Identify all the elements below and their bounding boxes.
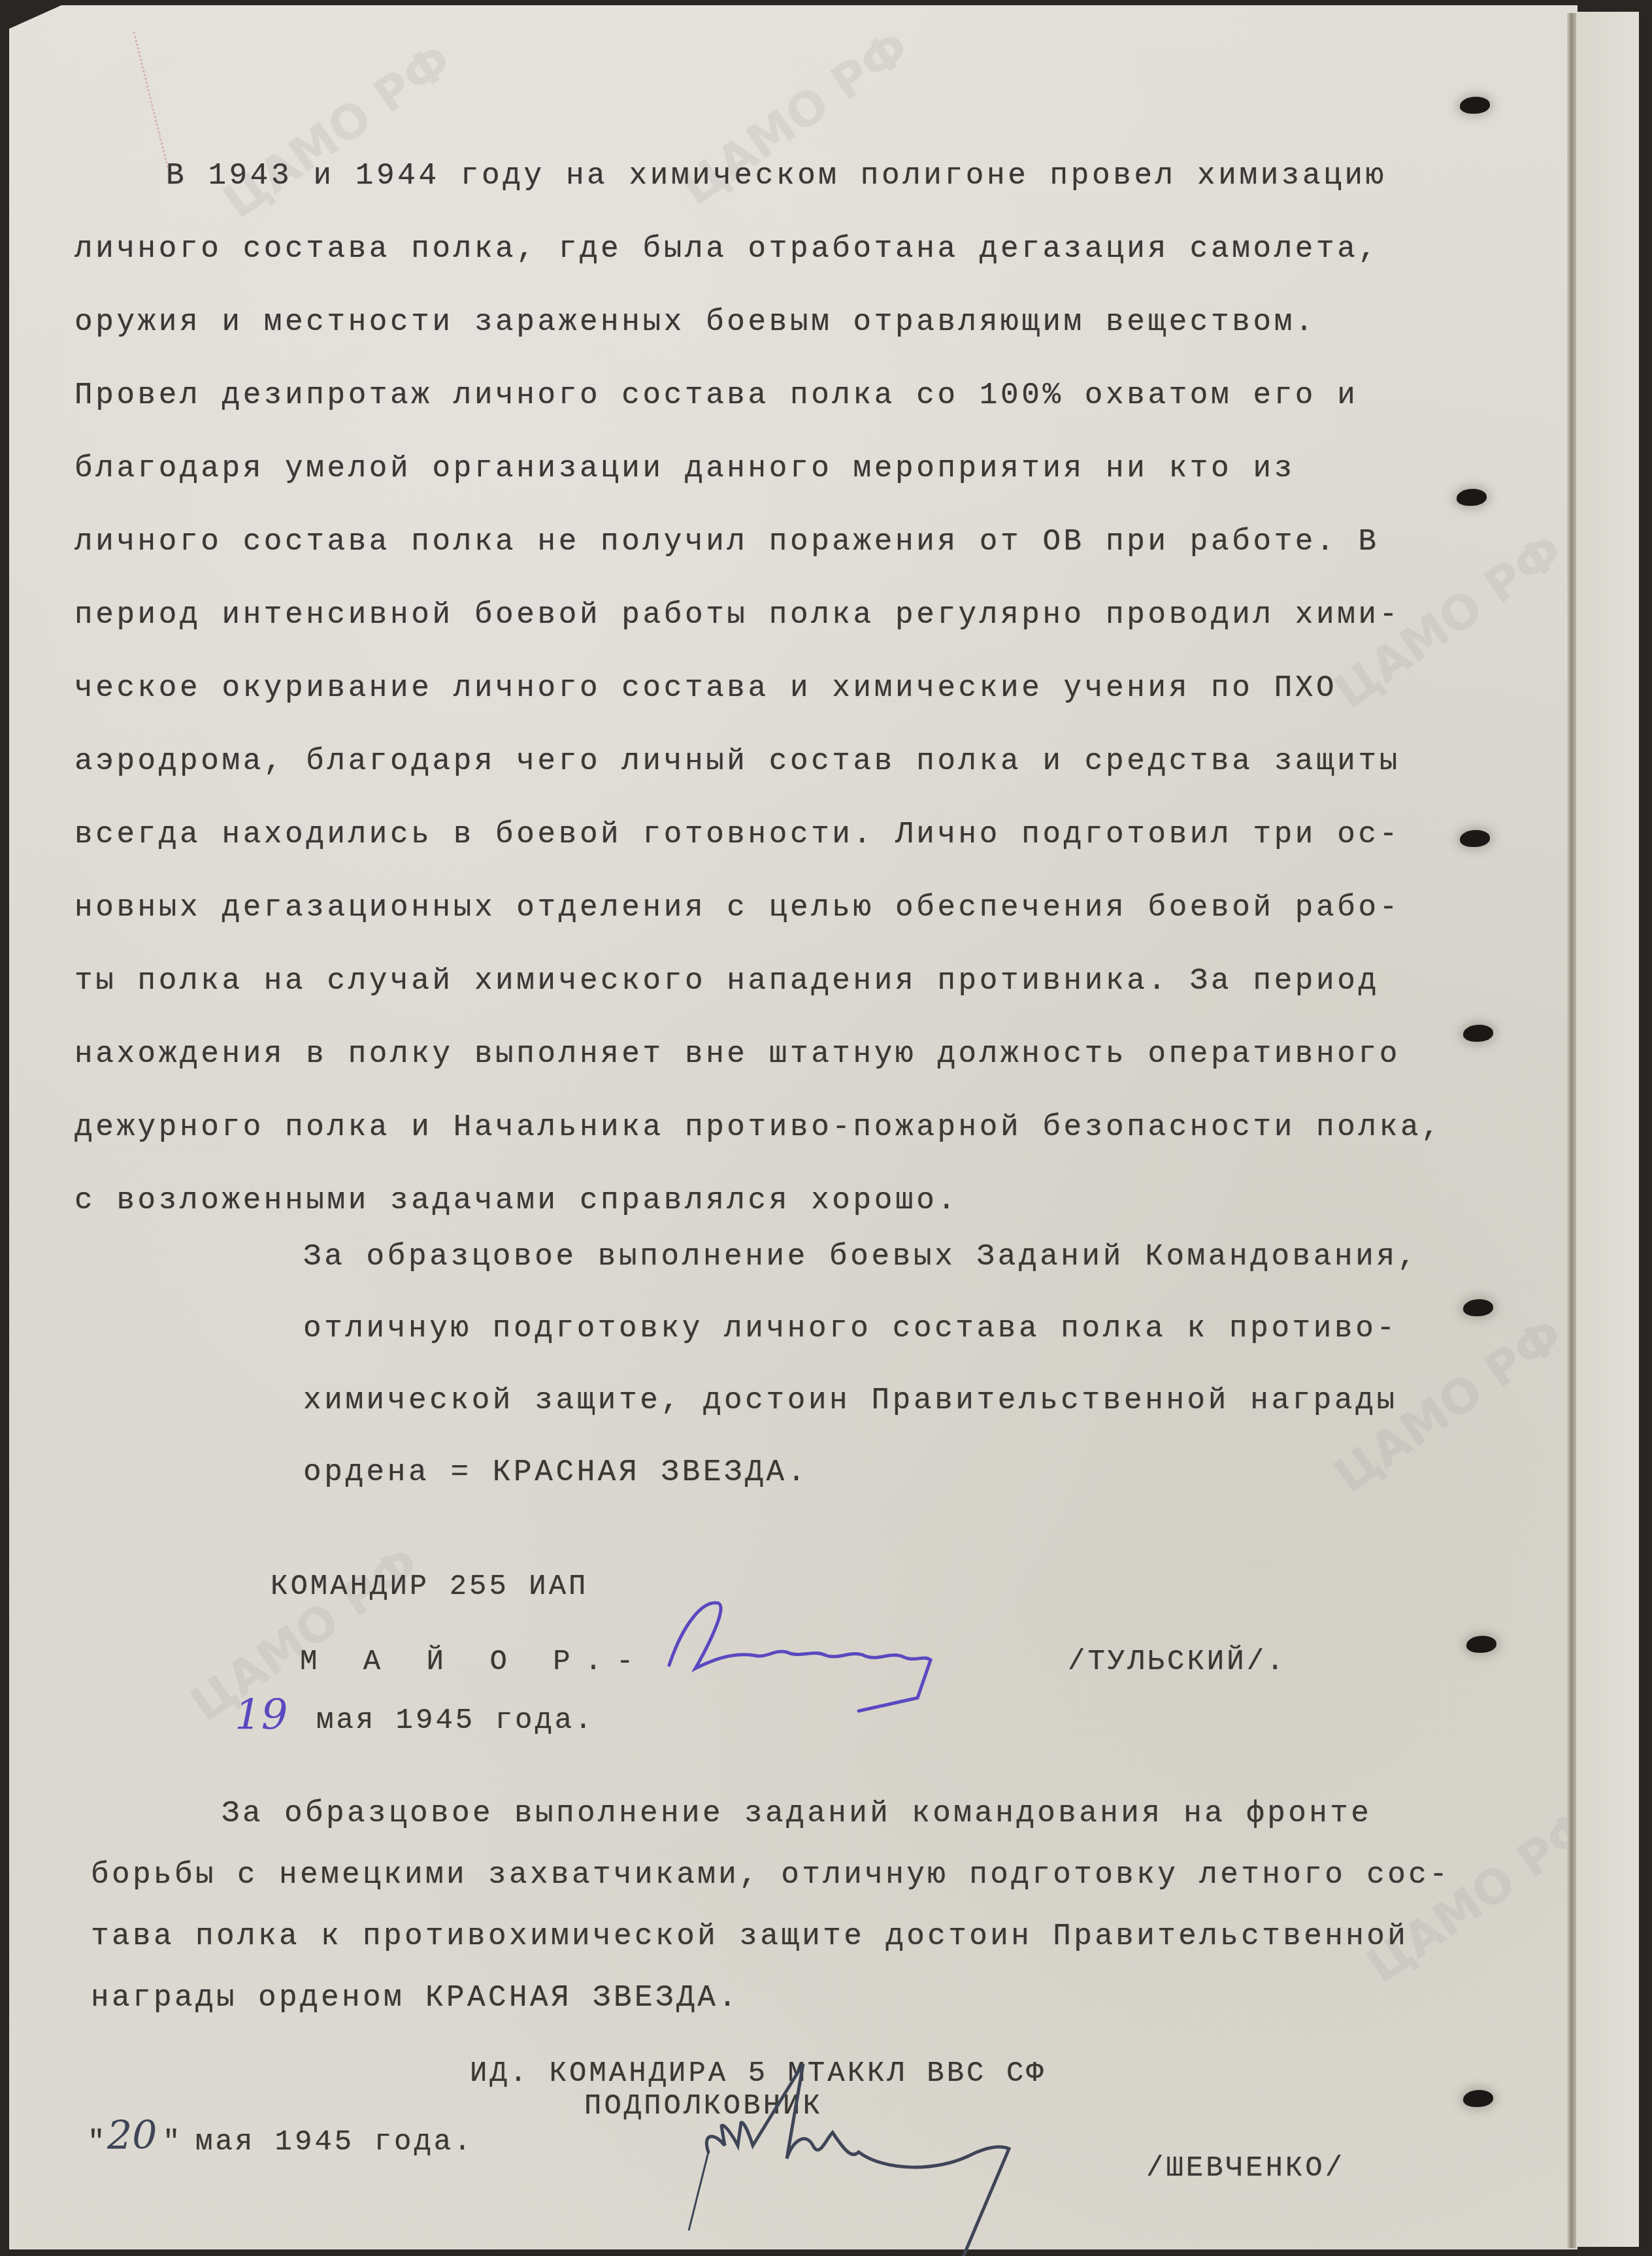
- binder-hole: [1463, 1299, 1493, 1316]
- folded-corner: [9, 5, 61, 29]
- commander-rank: М А Й О Р.-: [300, 1646, 648, 1678]
- binding-strip: [1576, 12, 1639, 2247]
- date-text: мая 1945 года.: [195, 2126, 474, 2159]
- text-line: благодаря умелой организации данного мер…: [74, 432, 1442, 505]
- commander-title: КОМАНДИР 255 ИАП: [271, 1570, 588, 1603]
- text-line: аэродрома, благодаря чего личный состав …: [74, 725, 1442, 798]
- text-line: нахождения в полку выполняет вне штатную…: [74, 1018, 1442, 1091]
- text-line: борьбы с немецкими захватчиками, отличну…: [91, 1844, 1450, 1906]
- binder-hole: [1463, 1025, 1493, 1042]
- date-close-quote: ": [163, 2126, 182, 2159]
- watermark: ЦАМО РФ: [180, 1536, 429, 1733]
- text-line: дежурного полка и Начальника противо-пож…: [74, 1091, 1442, 1164]
- recommendation-paragraph: За образцовое выполнение боевых Заданий …: [303, 1221, 1419, 1508]
- superior-name: /ШЕВЧЕНКО/: [1146, 2152, 1345, 2185]
- text-line: За образцовое выполнение заданий командо…: [91, 1783, 1450, 1844]
- handwritten-date-day: 20: [107, 2113, 157, 2159]
- binder-hole: [1463, 2090, 1493, 2107]
- document-page: ЦАМО РФ ЦАМО РФ ЦАМО РФ ЦАМО РФ ЦАМО РФ …: [9, 5, 1578, 2249]
- text-line: тава полка к противохимической защите до…: [91, 1906, 1450, 1967]
- text-line: период интенсивной боевой работы полка р…: [74, 578, 1442, 652]
- characterization-paragraph: В 1943 и 1944 году на химическом полигон…: [74, 139, 1442, 1237]
- date-text: мая 1945 года.: [316, 1704, 595, 1737]
- commander-signature: [656, 1587, 957, 1704]
- superior-recommendation-paragraph: За образцовое выполнение заданий командо…: [91, 1783, 1450, 2029]
- text-line: личного состава полка не получил поражен…: [74, 505, 1442, 578]
- text-line: химической защите, достоин Правительстве…: [303, 1365, 1419, 1436]
- binding-fold: [1567, 13, 1576, 2248]
- binder-hole: [1460, 97, 1490, 114]
- text-line: Провел дезипротаж личного состава полка …: [74, 359, 1442, 432]
- binder-hole: [1457, 489, 1487, 506]
- handwritten-date-day: 19: [235, 1691, 288, 1740]
- text-line: ордена = КРАСНАЯ ЗВЕЗДА.: [303, 1436, 1419, 1508]
- superior-signature: [689, 2061, 1159, 2256]
- date-open-quote: ": [88, 2126, 107, 2159]
- text-line: оружия и местности зараженных боевым отр…: [74, 286, 1442, 359]
- text-line: ты полка на случай химического нападения…: [74, 944, 1442, 1018]
- commander-name: /ТУЛЬСКИЙ/.: [1068, 1646, 1286, 1678]
- text-line: новных дегазационных отделения с целью о…: [74, 871, 1442, 944]
- text-line: За образцовое выполнение боевых Заданий …: [303, 1221, 1419, 1293]
- text-line: награды орденом КРАСНАЯ ЗВЕЗДА.: [91, 1967, 1450, 2029]
- text-line: ческое окуривание личного состава и хими…: [74, 652, 1442, 725]
- binder-hole: [1466, 1636, 1496, 1653]
- text-line: отличную подготовку личного состава полк…: [303, 1293, 1419, 1365]
- text-line: В 1943 и 1944 году на химическом полигон…: [74, 139, 1442, 212]
- text-line: всегда находились в боевой готовности. Л…: [74, 798, 1442, 871]
- text-line: личного состава полка, где была отработа…: [74, 212, 1442, 286]
- binder-hole: [1460, 830, 1490, 847]
